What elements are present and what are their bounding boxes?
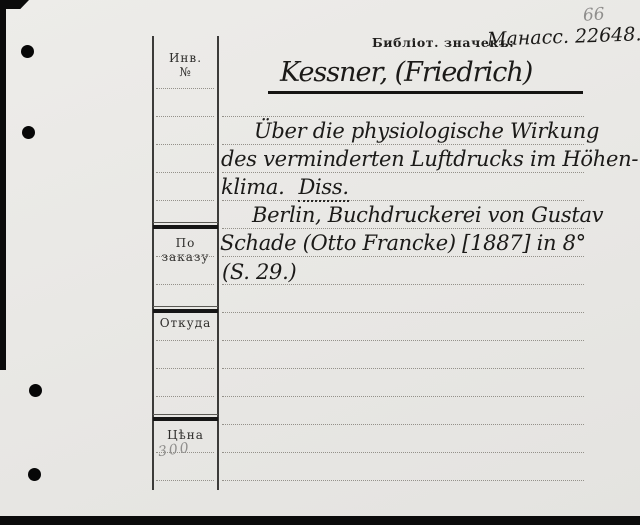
ruled-line bbox=[222, 172, 584, 173]
price-value-pencil: 300 bbox=[157, 440, 192, 460]
ruled-line bbox=[222, 312, 584, 313]
ruled-line bbox=[222, 452, 584, 453]
title-line-3-text: klima. bbox=[221, 175, 284, 199]
ruled-line bbox=[222, 256, 584, 257]
column-ruled-line bbox=[156, 144, 214, 145]
imprint-line-1: Berlin, Buchdruckerei von Gustav bbox=[252, 203, 603, 227]
column-section-divider bbox=[153, 414, 218, 421]
library-stamp-value: Манасс. 22648. bbox=[487, 23, 640, 50]
by-order-label: По заказу bbox=[153, 236, 218, 264]
title-line-3: klima.Diss. bbox=[221, 175, 349, 199]
binder-hole bbox=[29, 384, 42, 397]
title-line-1: Über die physiologische Wirkung bbox=[254, 119, 599, 143]
dissertation-note: Diss. bbox=[298, 175, 348, 202]
column-ruled-line bbox=[156, 200, 214, 201]
pagination-note: (S. 29.) bbox=[222, 260, 296, 284]
catalog-card-scan: Инв. № По заказу Откуда Цѣна bbox=[0, 0, 640, 525]
ruled-line bbox=[222, 284, 584, 285]
column-ruled-line bbox=[156, 284, 214, 285]
column-section-divider bbox=[153, 306, 218, 313]
ruled-line bbox=[222, 396, 584, 397]
binder-hole bbox=[28, 468, 41, 481]
origin-label: Откуда bbox=[153, 316, 218, 330]
ruled-line bbox=[222, 116, 584, 117]
ruled-line bbox=[222, 480, 584, 481]
binder-hole bbox=[21, 45, 34, 58]
ruled-line bbox=[222, 340, 584, 341]
column-ruled-line bbox=[156, 368, 214, 369]
column-ruled-line bbox=[156, 396, 214, 397]
ruled-line bbox=[222, 200, 584, 201]
pencil-number: 66 bbox=[582, 4, 605, 25]
scan-edge-left bbox=[0, 0, 6, 370]
ruled-line bbox=[222, 424, 584, 425]
column-ruled-line bbox=[156, 172, 214, 173]
column-ruled-line bbox=[156, 256, 214, 257]
binder-hole bbox=[22, 126, 35, 139]
scan-edge-bottom bbox=[0, 516, 640, 525]
column-ruled-line bbox=[156, 340, 214, 341]
column-ruled-line bbox=[156, 88, 214, 89]
ruled-line bbox=[222, 228, 584, 229]
column-ruled-line bbox=[156, 480, 214, 481]
column-ruled-line bbox=[156, 116, 214, 117]
inventory-label: Инв. № bbox=[153, 51, 218, 79]
author-heading: Kessner, (Friedrich) bbox=[280, 57, 532, 88]
ruled-line bbox=[222, 144, 584, 145]
column-section-divider bbox=[153, 222, 218, 229]
imprint-line-2: Schade (Otto Francke) [1887] in 8° bbox=[220, 231, 586, 255]
ruled-line bbox=[222, 368, 584, 369]
title-line-2: des verminderten Luftdrucks im Höhen- bbox=[221, 147, 638, 171]
scan-edge-top-left-corner bbox=[0, 0, 29, 9]
author-underline bbox=[268, 91, 583, 94]
